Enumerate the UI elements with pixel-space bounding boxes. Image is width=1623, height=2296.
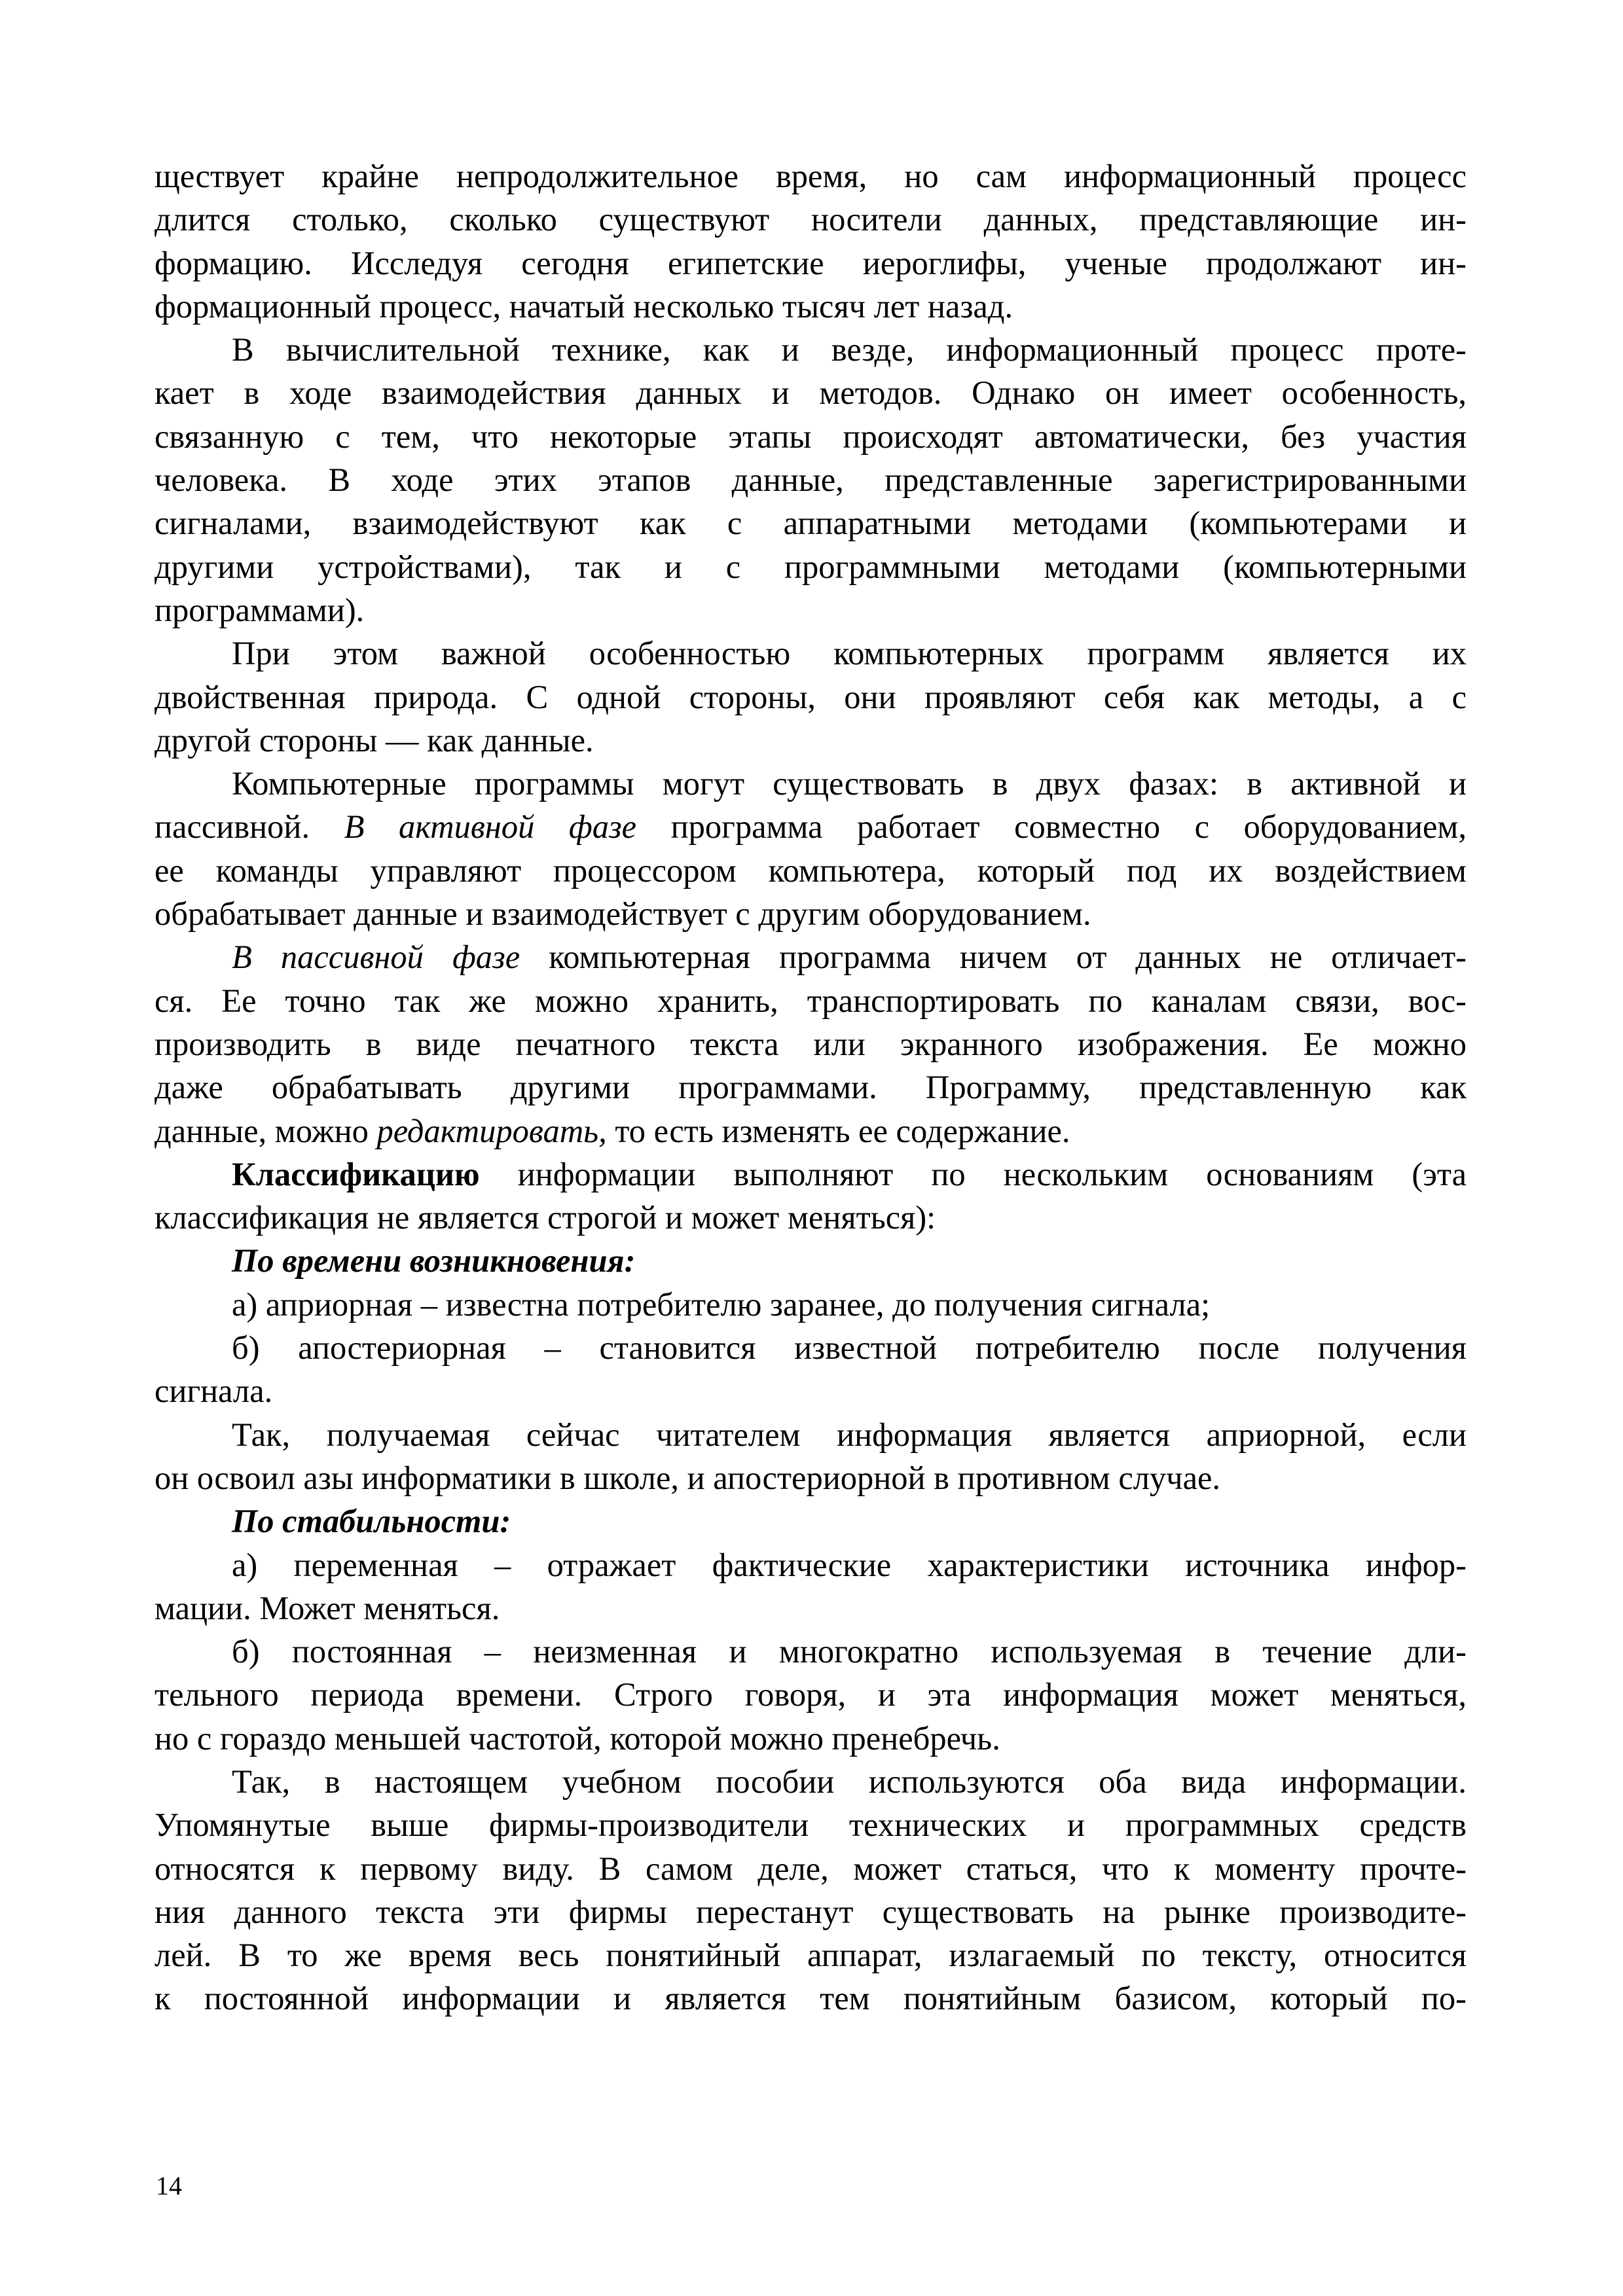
italic-term: В активной фазе [344, 808, 637, 845]
text-line: другой стороны — как данные. [155, 719, 1467, 762]
text-line: производить в виде печатного текста или … [155, 1022, 1467, 1066]
text-line: человека. В ходе этих этапов данные, пре… [155, 458, 1467, 501]
text-line: ся. Ее точно так же можно хранить, транс… [155, 979, 1467, 1022]
text-line: ния данного текста эти фирмы перестанут … [155, 1890, 1467, 1933]
text-line: но с гораздо меньшей частотой, которой м… [155, 1717, 1467, 1760]
list-item: б) постоянная – неизменная и многократно… [155, 1630, 1467, 1673]
section-heading: По стабильности: [155, 1499, 1467, 1543]
text-line: сигнала. [155, 1369, 1467, 1412]
text-run: программа работает совместно с оборудова… [671, 808, 1467, 845]
text-line: он освоил азы информатики в школе, и апо… [155, 1456, 1467, 1499]
text-line: двойственная природа. С одной стороны, о… [155, 675, 1467, 719]
text-line: Классификацию информации выполняют по не… [155, 1153, 1467, 1196]
text-line: относятся к первому виду. В самом деле, … [155, 1847, 1467, 1890]
text-line: другими устройствами), так и с программн… [155, 545, 1467, 588]
text-line: ществует крайне непродолжительное время,… [155, 154, 1467, 198]
text-line: мации. Может меняться. [155, 1587, 1467, 1630]
document-page: ществует крайне непродолжительное время,… [0, 0, 1623, 2296]
text-line: кает в ходе взаимодействия данных и мето… [155, 371, 1467, 414]
list-item: а) переменная – отражает фактические хар… [155, 1543, 1467, 1587]
text-run: компьютерная программа ничем от данных н… [549, 939, 1467, 975]
text-line: пассивной. В активной фазе программа раб… [155, 805, 1467, 848]
italic-term: редактировать, [377, 1113, 607, 1149]
text-line: В пассивной фазе компьютерная программа … [155, 935, 1467, 978]
list-item: б) апостериорная – становится известной … [155, 1326, 1467, 1369]
text-line: В вычислительной технике, как и везде, и… [155, 328, 1467, 371]
text-run: информации выполняют по нескольким основ… [518, 1156, 1467, 1193]
text-line: классификация не является строгой и може… [155, 1196, 1467, 1239]
text-line: ее команды управляют процессором компьют… [155, 849, 1467, 892]
text-line: тельного периода времени. Строго говоря,… [155, 1673, 1467, 1716]
text-run: то есть изменять ее содержание. [615, 1113, 1070, 1149]
text-line: Компьютерные программы могут существоват… [155, 762, 1467, 805]
section-heading: По времени возникновения: [155, 1239, 1467, 1282]
text-line: сигналами, взаимодействуют как с аппарат… [155, 501, 1467, 545]
bold-term: Классификацию [232, 1156, 480, 1193]
text-line: При этом важной особенностью компьютерны… [155, 632, 1467, 675]
text-line: формацию. Исследуя сегодня египетские ие… [155, 242, 1467, 285]
text-line: программами). [155, 588, 1467, 632]
text-line: длится столько, сколько существуют носит… [155, 198, 1467, 241]
text-line: Так, получаемая сейчас читателем информа… [155, 1413, 1467, 1456]
text-line: данные, можно редактировать, то есть изм… [155, 1109, 1467, 1153]
text-line: к постоянной информации и является тем п… [155, 1977, 1467, 2020]
text-line: Так, в настоящем учебном пособии использ… [155, 1760, 1467, 1803]
page-number: 14 [156, 2172, 182, 2200]
text-line: формационный процесс, начатый несколько … [155, 285, 1467, 328]
text-line: лей. В то же время весь понятийный аппар… [155, 1933, 1467, 1977]
text-line: Упомянутые выше фирмы-производители техн… [155, 1803, 1467, 1846]
text-line: даже обрабатывать другими программами. П… [155, 1066, 1467, 1109]
text-line: связанную с тем, что некоторые этапы про… [155, 415, 1467, 458]
text-run: данные, можно [155, 1113, 377, 1149]
text-line: обрабатывает данные и взаимодействует с … [155, 892, 1467, 935]
text-run: пассивной. [155, 808, 344, 845]
italic-term: В пассивной фазе [232, 939, 520, 975]
list-item: а) априорная – известна потребителю зара… [155, 1283, 1467, 1326]
body-text: ществует крайне непродолжительное время,… [155, 154, 1467, 2020]
